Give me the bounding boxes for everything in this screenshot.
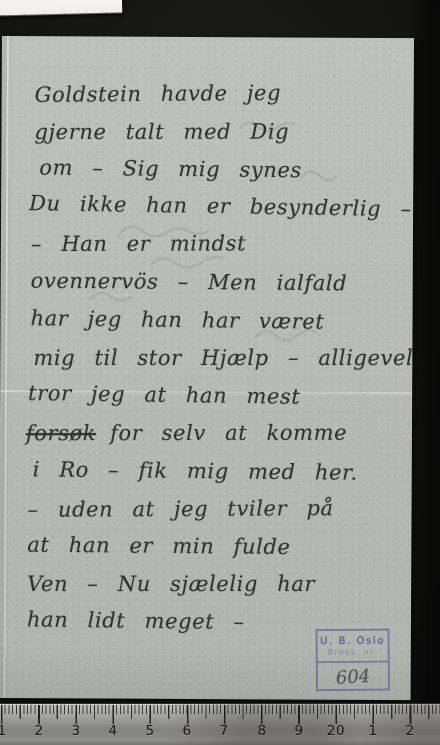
ruler: 1 2 3 4 5 6 7 8 9 20 1 2: [0, 703, 440, 745]
stamp-header: U. B. Oslo Brevs. nr.: [317, 631, 387, 664]
ruler-number: 9: [294, 723, 303, 739]
handwriting-line: har jeg han har været: [30, 305, 324, 335]
ruler-number: 6: [182, 723, 191, 739]
library-stamp: U. B. Oslo Brevs. nr. 604: [315, 629, 390, 692]
handwriting-line-text: for selv at komme: [110, 421, 347, 445]
handwriting-line: – uden at jeg tviler på: [27, 495, 333, 523]
handwriting-line: i Ro – fik mig med her.: [33, 456, 358, 485]
ruler-number: 7: [219, 723, 228, 739]
ruler-number: 20: [327, 723, 345, 739]
ruler-number: 4: [108, 723, 117, 739]
handwriting-line: gjerne talt med Dig: [34, 119, 289, 145]
fold-crease-vertical: [4, 36, 9, 698]
stamp-number: 604: [335, 665, 371, 688]
ruler-number: 1: [0, 723, 7, 739]
ruler-number: 5: [145, 723, 154, 739]
manuscript-photo: Goldstein havde jeg gjerne talt med Dig …: [0, 0, 440, 745]
handwriting-line: om – Sig mig synes: [39, 155, 302, 184]
handwriting-line: Goldstein havde jeg: [35, 80, 282, 108]
stamp-institution: U. B. Oslo: [320, 635, 385, 647]
letter-paper: Goldstein havde jeg gjerne talt med Dig …: [0, 36, 414, 700]
handwriting-line: at han er min fulde: [27, 532, 290, 560]
handwriting-line: forsøkfor selv at komme: [26, 420, 347, 447]
strikethrough-word: forsøk: [26, 421, 96, 445]
ruler-number: 8: [257, 723, 266, 739]
ruler-number: 1: [368, 723, 377, 739]
ruler-ticks-cm: [1, 705, 440, 724]
handwriting-line: Ven – Nu sjælelig har: [27, 571, 315, 597]
handwriting-line: ovennervös – Men ialfald: [31, 268, 348, 297]
handwriting-line: Du ikke han er besynderlig –: [29, 190, 412, 222]
ruler-number: 2: [34, 723, 43, 739]
stamp-label: Brevs. nr.: [328, 647, 378, 656]
ruler-number: 3: [71, 723, 80, 739]
handwriting-line: mig til stor Hjælp – alligevel: [33, 345, 413, 371]
ruler-number: 2: [405, 723, 414, 739]
stamp-number-cell: 604: [318, 663, 388, 692]
handwriting-line: – Han er mindst: [31, 230, 246, 257]
handwriting-line: han lidt meget –: [27, 606, 245, 635]
handwriting-line: tror jeg at han mest: [28, 380, 301, 410]
